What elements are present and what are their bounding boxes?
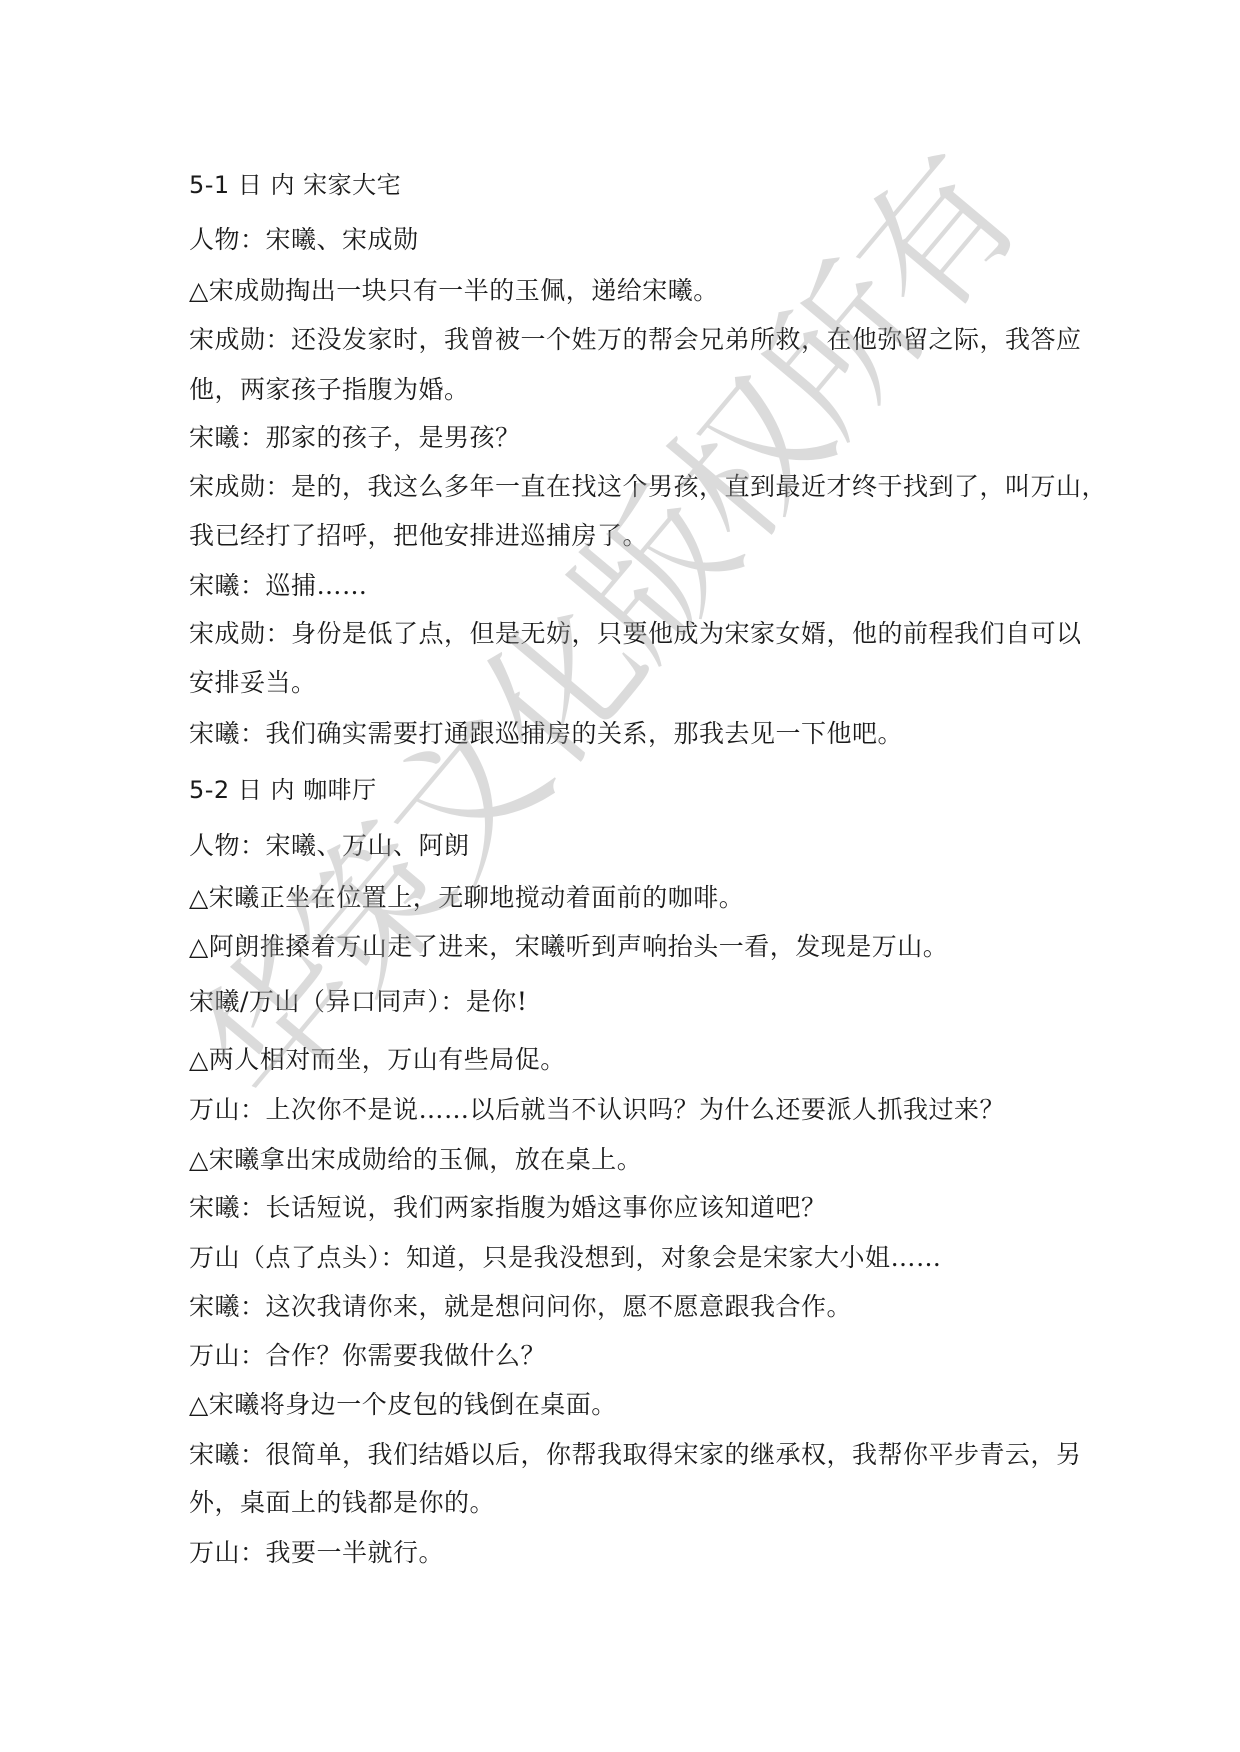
dialogue-line: 宋曦：长话短说，我们两家指腹为婚这事你应该知道吧？ <box>189 1193 1069 1223</box>
action-line: △宋曦将身边一个皮包的钱倒在桌面。 <box>189 1390 1069 1420</box>
action-line: △两人相对而坐，万山有些局促。 <box>189 1045 1069 1075</box>
dialogue-line: 我已经打了招呼，把他安排进巡捕房了。 <box>189 521 1069 551</box>
dialogue-line: 宋成勋：还没发家时，我曾被一个姓万的帮会兄弟所救，在他弥留之际，我答应 <box>189 325 1069 355</box>
dialogue-line: 外，桌面上的钱都是你的。 <box>189 1488 1069 1518</box>
dialogue-line: 安排妥当。 <box>189 668 1069 698</box>
action-line: △阿朗推搡着万山走了进来，宋曦听到声响抬头一看，发现是万山。 <box>189 932 1069 962</box>
action-line: △宋曦拿出宋成勋给的玉佩，放在桌上。 <box>189 1145 1069 1175</box>
characters-line: 人物：宋曦、万山、阿朗 <box>189 831 1069 861</box>
dialogue-line: 宋曦：我们确实需要打通跟巡捕房的关系，那我去见一下他吧。 <box>189 719 1069 749</box>
dialogue-line: 万山：我要一半就行。 <box>189 1538 1069 1568</box>
dialogue-line: 万山（点了点头）：知道，只是我没想到，对象会是宋家大小姐…… <box>189 1243 1069 1273</box>
action-line: △宋曦正坐在位置上，无聊地搅动着面前的咖啡。 <box>189 883 1069 913</box>
characters-line: 人物：宋曦、宋成勋 <box>189 225 1069 255</box>
dialogue-line: 万山：合作？你需要我做什么？ <box>189 1341 1069 1371</box>
document-page: 5-1 日 内 宋家大宅 人物：宋曦、宋成勋 △宋成勋掏出一块只有一半的玉佩，递… <box>0 0 1240 1752</box>
dialogue-line: 宋曦：很简单，我们结婚以后，你帮我取得宋家的继承权，我帮你平步青云，另 <box>189 1440 1069 1470</box>
action-line: △宋成勋掏出一块只有一半的玉佩，递给宋曦。 <box>189 276 1069 306</box>
dialogue-line: 他，两家孩子指腹为婚。 <box>189 375 1069 405</box>
scene-heading: 5-2 日 内 咖啡厅 <box>189 775 1069 805</box>
dialogue-line: 宋成勋：是的，我这么多年一直在找这个男孩，直到最近才终于找到了，叫万山， <box>189 472 1069 502</box>
dialogue-line: 宋曦：那家的孩子，是男孩？ <box>189 423 1069 453</box>
dialogue-line: 宋成勋：身份是低了点，但是无妨，只要他成为宋家女婿，他的前程我们自可以 <box>189 619 1069 649</box>
dialogue-line: 万山：上次你不是说……以后就当不认识吗？为什么还要派人抓我过来？ <box>189 1095 1069 1125</box>
dialogue-line: 宋曦：这次我请你来，就是想问问你，愿不愿意跟我合作。 <box>189 1292 1069 1322</box>
dialogue-line: 宋曦/万山（异口同声）：是你! <box>189 987 1069 1017</box>
scene-heading: 5-1 日 内 宋家大宅 <box>189 170 1069 200</box>
dialogue-line: 宋曦：巡捕…… <box>189 571 1069 601</box>
